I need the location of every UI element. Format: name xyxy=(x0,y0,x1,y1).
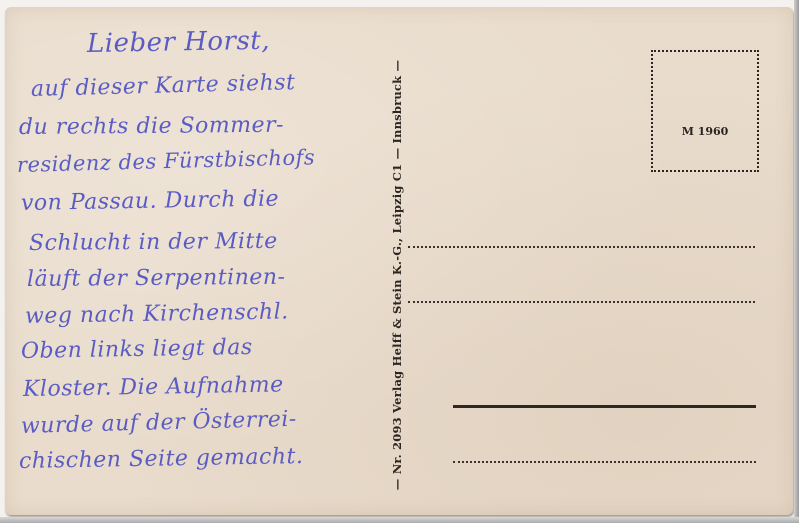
postcard-scan: Lieber Horst, auf dieser Karte siehst du… xyxy=(0,0,799,523)
stamp-box: M 1960 xyxy=(651,50,759,172)
postcard-back: Lieber Horst, auf dieser Karte siehst du… xyxy=(5,7,793,515)
message-line: Oben links liegt das xyxy=(21,335,253,364)
message-line: wurde auf der Österrei- xyxy=(21,407,297,439)
message-line: Kloster. Die Aufnahme xyxy=(23,372,284,402)
publisher-imprint-text: — Nr. 2093 Verlag Helff & Stein K.-G., L… xyxy=(390,59,404,489)
scan-edge-bottom xyxy=(0,517,799,523)
message-line-greeting: Lieber Horst, xyxy=(87,26,271,59)
message-line: von Passau. Durch die xyxy=(21,186,279,216)
address-line-1 xyxy=(408,246,755,248)
message-line: du rechts die Sommer- xyxy=(19,113,284,140)
publisher-imprint: — Nr. 2093 Verlag Helff & Stein K.-G., L… xyxy=(390,47,404,502)
message-line: weg nach Kirchenschl. xyxy=(25,299,289,329)
message-line: läuft der Serpentinen- xyxy=(27,265,286,292)
message-line: Schlucht in der Mitte xyxy=(29,229,278,256)
scan-edge-right xyxy=(794,0,799,523)
stamp-box-label: M 1960 xyxy=(653,125,757,138)
address-line-4 xyxy=(453,461,756,463)
message-line: chischen Seite gemacht. xyxy=(19,444,304,474)
address-line-3 xyxy=(453,405,756,408)
message-line: residenz des Fürstbischofs xyxy=(17,145,316,177)
address-line-2 xyxy=(408,301,755,303)
handwritten-message: Lieber Horst, auf dieser Karte siehst du… xyxy=(17,19,387,499)
message-line: auf dieser Karte siehst xyxy=(31,70,296,102)
